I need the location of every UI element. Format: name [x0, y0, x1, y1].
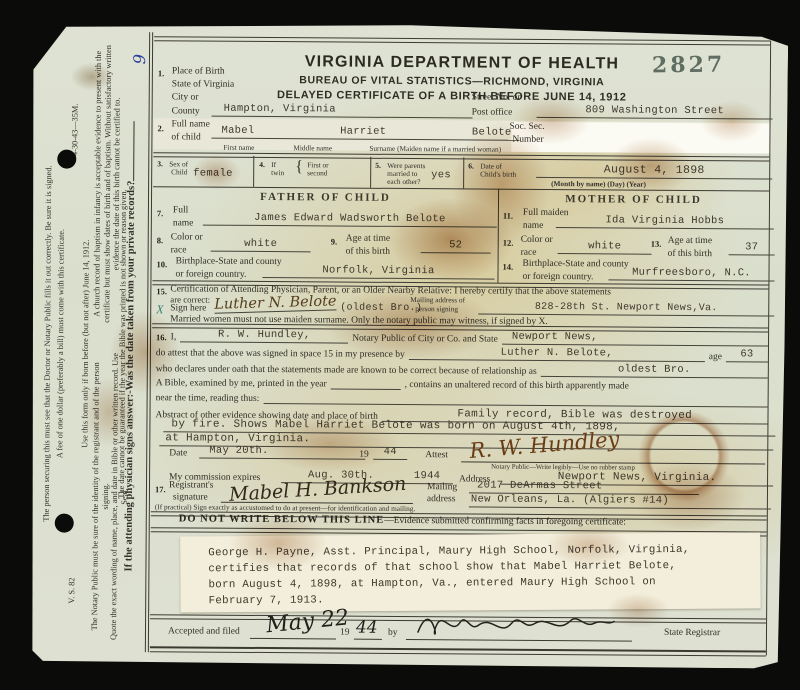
- page-title: VIRGINIA DEPARTMENT OF HEALTH: [212, 53, 712, 74]
- reading-thus-line: near the time, reading thus:: [156, 391, 768, 407]
- field9-label: Age at time: [346, 234, 390, 244]
- mailing-address-label: Mailing address of: [410, 295, 465, 304]
- reading-thus-label: near the time, reading thus:: [156, 393, 260, 404]
- field5-number: 5.: [375, 161, 381, 170]
- notary-line3: who declares under oath that the stateme…: [156, 360, 768, 378]
- mother-race-value: white: [558, 240, 652, 255]
- rule: [463, 157, 464, 188]
- field1-label: Place of Birth: [172, 66, 225, 76]
- field8-label: race: [171, 245, 187, 255]
- field15-number: 15.: [156, 286, 167, 296]
- field14-label: or foreign country.: [522, 272, 593, 282]
- signer-age-value: 63: [726, 348, 768, 362]
- blank-line: [263, 392, 767, 408]
- margin-note-physician-text: If the attending physician signs answer:…: [123, 181, 137, 572]
- bureau-subtitle: BUREAU OF VITAL STATISTICS—RICHMOND, VIR…: [212, 74, 692, 89]
- field1-label: County: [172, 106, 200, 116]
- field12-label: race: [521, 248, 537, 258]
- date-label: Date: [169, 448, 187, 458]
- age-label: age: [709, 352, 722, 362]
- relationship-value: oldest Bro.: [541, 363, 768, 379]
- father-age-value: 52: [421, 239, 491, 253]
- mother-age-value: 37: [729, 241, 775, 255]
- relationship-pre-label: who declares under oath that the stateme…: [156, 364, 537, 377]
- field10-label: or foreign country.: [175, 269, 246, 279]
- attest-pre-label: do attest that the above was signed in s…: [156, 348, 405, 360]
- filed-year-pre: 19: [340, 628, 350, 638]
- field9-label: of this birth: [346, 247, 390, 257]
- rule: [370, 157, 371, 188]
- filed-by-label: by: [388, 628, 398, 638]
- field13-label: Age at time: [668, 236, 712, 246]
- school-record-slip: George H. Payne, Asst. Principal, Maury …: [180, 532, 761, 612]
- margin-note-notary: The Notary Public must be sure of the id…: [90, 349, 111, 644]
- ssn-label: Number: [512, 135, 543, 145]
- child-first-name: Mabel: [221, 125, 254, 137]
- birth-date-value: August 4, 1898: [536, 163, 772, 180]
- bible-post-label: , contains an unaltered record of this b…: [405, 380, 629, 392]
- field17-label: Registrant's: [169, 480, 214, 490]
- state-registrar-label: State Registrar: [664, 628, 720, 638]
- field2-label: of child: [171, 132, 200, 142]
- rule: [406, 639, 632, 642]
- field13-label: of this birth: [668, 249, 712, 259]
- year-value: 44: [373, 446, 407, 460]
- left-stub: The person securing this must see that t…: [32, 21, 788, 26]
- field11-label: name: [523, 221, 544, 231]
- do-not-write-bold: DO NOT WRITE BELOW THIS LINE: [179, 513, 385, 525]
- field16-mid-label: Notary Public of City or Co. and State: [352, 334, 498, 345]
- field7-label: name: [173, 218, 194, 228]
- mother-birthplace-value: Murfreesboro, N.C.: [608, 266, 774, 281]
- street-value: 809 Washington Street: [537, 104, 773, 120]
- field6-label: Child's birth: [480, 169, 516, 178]
- rule: [154, 36, 770, 45]
- field1-label: State of Virginia: [172, 79, 234, 89]
- field6-sub-label: (Month by name) (Day) (Year): [551, 179, 646, 189]
- father-name-value: James Edward Wadsworth Belote: [203, 212, 497, 228]
- twin-brace: {: [295, 158, 303, 176]
- punch-hole-bottom: [55, 514, 74, 533]
- rule: [354, 639, 382, 640]
- field12-number: 12.: [503, 238, 514, 248]
- child-surname: Belote: [472, 126, 512, 138]
- father-section-heading: FATHER OF CHILD: [153, 190, 498, 204]
- sub-label-surname: Surname (Maiden name if a married woman): [369, 144, 501, 154]
- field17-mailing-label: address: [427, 494, 456, 504]
- x-mark: X: [156, 302, 163, 317]
- bible-pre-label: A Bible, examined by me, printed in the …: [156, 378, 327, 389]
- registrant-mailing2: New Orleans, La. (Algiers #14): [469, 493, 771, 509]
- field17-note: (If practical) Sign exactly as accustome…: [155, 502, 415, 513]
- field3-number: 3.: [157, 159, 163, 168]
- notary-date-value: May 20th.: [199, 445, 365, 460]
- notary-place-value: Newport News,: [502, 331, 768, 347]
- mailing-address-label: person signing: [415, 304, 458, 313]
- county-value: Hampton, Virginia: [212, 103, 473, 119]
- ssn-redaction-patch: [511, 122, 769, 154]
- father-birthplace-value: Norfolk, Virginia: [262, 264, 494, 280]
- child-middle-name: Harriet: [340, 126, 386, 138]
- print-code: 4-30-43—35M.: [70, 104, 82, 156]
- father-race-value: white: [211, 238, 311, 253]
- rule: [153, 152, 769, 161]
- field4-option: second: [307, 168, 327, 177]
- field17-number: 17.: [155, 484, 166, 494]
- form-number: V. S. 82: [67, 577, 79, 603]
- field17-mailing-label: Mailing: [427, 482, 457, 492]
- field4-label: twin: [271, 168, 284, 177]
- field8-label: Color or: [171, 232, 203, 242]
- punch-hole-top: [57, 150, 76, 169]
- field16-i: I,: [171, 332, 177, 342]
- field16-number: 16.: [156, 332, 167, 342]
- rule: [250, 638, 336, 640]
- field9-number: 9.: [331, 236, 337, 246]
- field5-label: each other?: [387, 177, 420, 186]
- margin-note-physician-blank: [133, 121, 134, 181]
- field8-number: 8.: [157, 235, 163, 245]
- field7-label: Full: [173, 205, 188, 215]
- sign-here-label: Sign here: [170, 303, 206, 313]
- field10-number: 10.: [157, 259, 168, 269]
- bible-line: A Bible, examined by me, printed in the …: [156, 376, 768, 392]
- notary-line2: do attest that the above was signed in s…: [156, 344, 768, 362]
- child-name-row: Mabel Harriet Belote: [211, 125, 519, 141]
- sex-value: female: [193, 167, 233, 179]
- rule: [150, 651, 766, 656]
- sub-label-first: First name: [223, 143, 254, 152]
- field2-label: Full name: [171, 119, 209, 129]
- filed-year-handwritten: 44: [356, 618, 378, 638]
- relative-signature: Luther N. Belote: [214, 293, 336, 313]
- handwritten-nine: 9: [135, 44, 153, 74]
- field14-number: 14.: [503, 262, 514, 272]
- mother-name-value: Ida Virginia Hobbs: [556, 214, 774, 230]
- field17-label: signature: [173, 492, 208, 502]
- slip-line: February 7, 1913.: [209, 589, 761, 609]
- relative-relation: (oldest Bro.): [340, 303, 422, 315]
- state-registrar-signature: [410, 610, 620, 641]
- year-pre: 19: [359, 450, 369, 460]
- rule: [253, 156, 254, 187]
- field11-number: 11.: [503, 211, 513, 221]
- certificate-document: The person securing this must see that t…: [28, 21, 788, 668]
- parents-married-value: yes: [431, 169, 451, 181]
- sub-label-middle: Middle name: [293, 143, 332, 152]
- field12-label: Color or: [521, 235, 553, 245]
- field1-number: 1.: [158, 68, 164, 78]
- scan-background: The person securing this must see that t…: [0, 0, 800, 690]
- accepted-filed-label: Accepted and filed: [168, 626, 240, 637]
- blank-line: [331, 377, 401, 389]
- field7-number: 7.: [157, 208, 163, 218]
- field1-label: City or: [172, 92, 199, 102]
- notary-line1: 16. I, R. W. Hundley, Notary Public of C…: [156, 328, 768, 346]
- street-label: Street No. or: [472, 92, 521, 102]
- street-label: Post office: [472, 107, 513, 117]
- attest-label: Attest: [425, 450, 448, 460]
- do-not-write-rest: —Evidence submitted confirming facts in …: [384, 516, 626, 528]
- mother-section-heading: MOTHER OF CHILD: [498, 193, 769, 207]
- notary-name-value: R. W. Hundley,: [180, 328, 348, 343]
- signer-name-value: Luther N. Belote,: [409, 346, 705, 362]
- form-title: DELAYED CERTIFICATE OF A BIRTH BEFORE JU…: [212, 89, 692, 104]
- relative-mailing-value: 828-28th St. Newport News,Va.: [478, 301, 774, 316]
- field6-number: 6.: [468, 161, 474, 170]
- ssn-label: Soc. Sec.: [509, 122, 544, 132]
- field13-number: 13.: [651, 239, 662, 249]
- field2-number: 2.: [157, 123, 163, 133]
- field3-label: Child: [171, 167, 187, 176]
- field4-number: 4.: [259, 160, 265, 169]
